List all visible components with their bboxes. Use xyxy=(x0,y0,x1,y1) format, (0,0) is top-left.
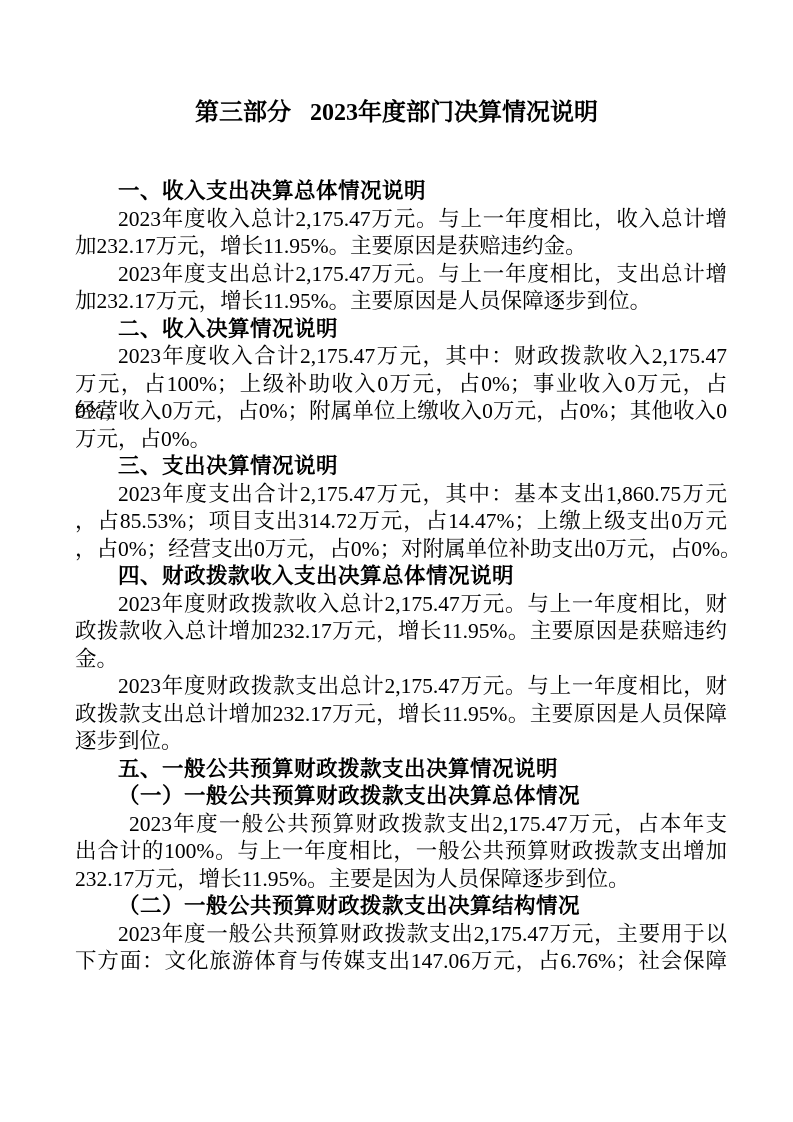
section-4-heading: 四、财政拨款收入支出决算总体情况说明 xyxy=(75,563,727,591)
text-line: 2023年度支出合计2,175.47万元，其中：基本支出1,860.75万元 xyxy=(75,481,727,509)
section-5-heading: 五、一般公共预算财政拨款支出决算情况说明 xyxy=(75,756,727,784)
text-line: 政拨款支出总计增加232.17万元，增长11.95%。主要原因是人员保障 xyxy=(75,701,727,729)
section-5-2-subheading: （二）一般公共预算财政拨款支出决算结构情况 xyxy=(75,893,727,921)
text-line: 万元，占100%；上级补助收入0万元，占0%；事业收入0万元，占0%； xyxy=(75,371,727,399)
document-body: 一、收入支出决算总体情况说明 2023年度收入总计2,175.47万元。与上一年… xyxy=(75,178,727,976)
text-line: 2023年度财政拨款支出总计2,175.47万元。与上一年度相比，财 xyxy=(75,673,727,701)
text-line: ，占0%；经营支出0万元，占0%；对附属单位补助支出0万元，占0%。 xyxy=(75,536,727,564)
text-line: 加232.17万元，增长11.95%。主要原因是人员保障逐步到位。 xyxy=(75,288,727,316)
text-line: 出合计的100%。与上一年度相比，一般公共预算财政拨款支出增加 xyxy=(75,838,727,866)
section-3-heading: 三、支出决算情况说明 xyxy=(75,453,727,481)
text-line: 金。 xyxy=(75,646,727,674)
text-line: 232.17万元，增长11.95%。主要是因为人员保障逐步到位。 xyxy=(75,866,727,894)
text-line: 2023年度一般公共预算财政拨款支出2,175.47万元，主要用于以 xyxy=(75,921,727,949)
text-line: 逐步到位。 xyxy=(75,728,727,756)
document-title: 第三部分 2023年度部门决算情况说明 xyxy=(0,97,793,130)
section-1-heading: 一、收入支出决算总体情况说明 xyxy=(75,178,727,206)
text-line: 经营收入0万元，占0%；附属单位上缴收入0万元，占0%；其他收入0 xyxy=(75,398,727,426)
text-line: 2023年度财政拨款收入总计2,175.47万元。与上一年度相比，财 xyxy=(75,591,727,619)
text-line: 万元，占0%。 xyxy=(75,426,727,454)
text-line: 2023年度收入总计2,175.47万元。与上一年度相比，收入总计增 xyxy=(75,206,727,234)
document-page: 第三部分 2023年度部门决算情况说明 一、收入支出决算总体情况说明 2023年… xyxy=(0,0,793,1122)
text-line: 2023年度一般公共预算财政拨款支出2,175.47万元，占本年支 xyxy=(75,811,727,839)
text-line: 2023年度支出总计2,175.47万元。与上一年度相比，支出总计增 xyxy=(75,261,727,289)
text-line: 加232.17万元，增长11.95%。主要原因是获赔违约金。 xyxy=(75,233,727,261)
text-line: 下方面：文化旅游体育与传媒支出147.06万元，占6.76%；社会保障 xyxy=(75,948,727,976)
text-line: 政拨款收入总计增加232.17万元，增长11.95%。主要原因是获赔违约 xyxy=(75,618,727,646)
section-2-heading: 二、收入决算情况说明 xyxy=(75,316,727,344)
text-line: 2023年度收入合计2,175.47万元，其中：财政拨款收入2,175.47 xyxy=(75,343,727,371)
text-line: ，占85.53%；项目支出314.72万元，占14.47%；上缴上级支出0万元 xyxy=(75,508,727,536)
section-5-1-subheading: （一）一般公共预算财政拨款支出决算总体情况 xyxy=(75,783,727,811)
